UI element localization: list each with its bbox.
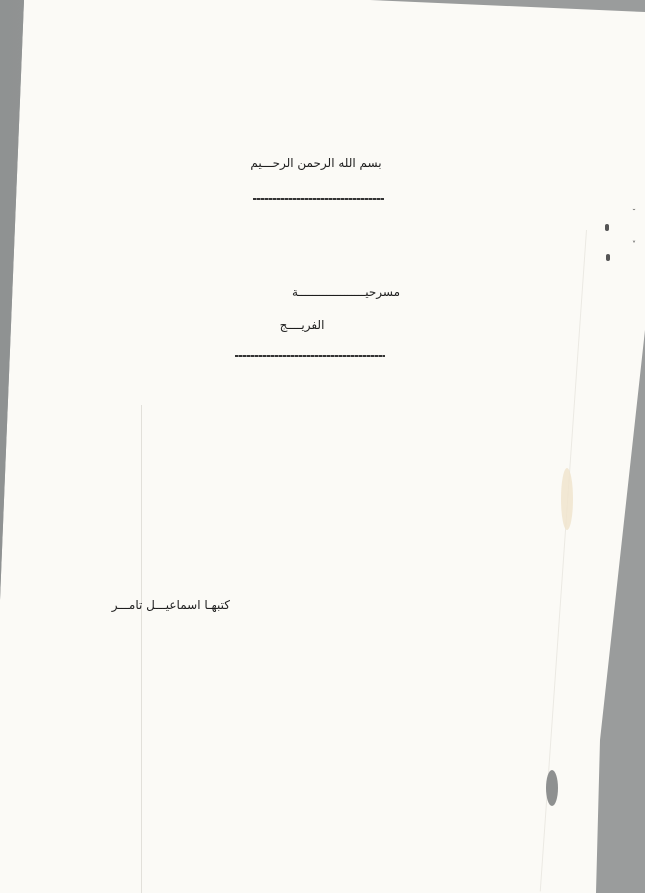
title-play-name: الفريــــج <box>262 318 342 332</box>
heading-underline <box>253 198 384 200</box>
ink-speck <box>605 224 609 231</box>
punch-hole <box>546 770 558 806</box>
title-underline <box>235 355 385 357</box>
basmala-heading: بسم الله الرحمن الرحـــيم <box>232 156 400 170</box>
fold-line <box>141 405 142 893</box>
margin-mark: ˘ <box>632 208 636 217</box>
title-play-label: مسرحيـــــــــــــــــــة <box>238 285 400 299</box>
paper-stain <box>561 468 573 530</box>
author-line: كتبهـا اسماعيـــل تامـــر <box>38 598 230 612</box>
ink-speck <box>606 254 610 261</box>
margin-mark: ˅ <box>632 240 636 249</box>
